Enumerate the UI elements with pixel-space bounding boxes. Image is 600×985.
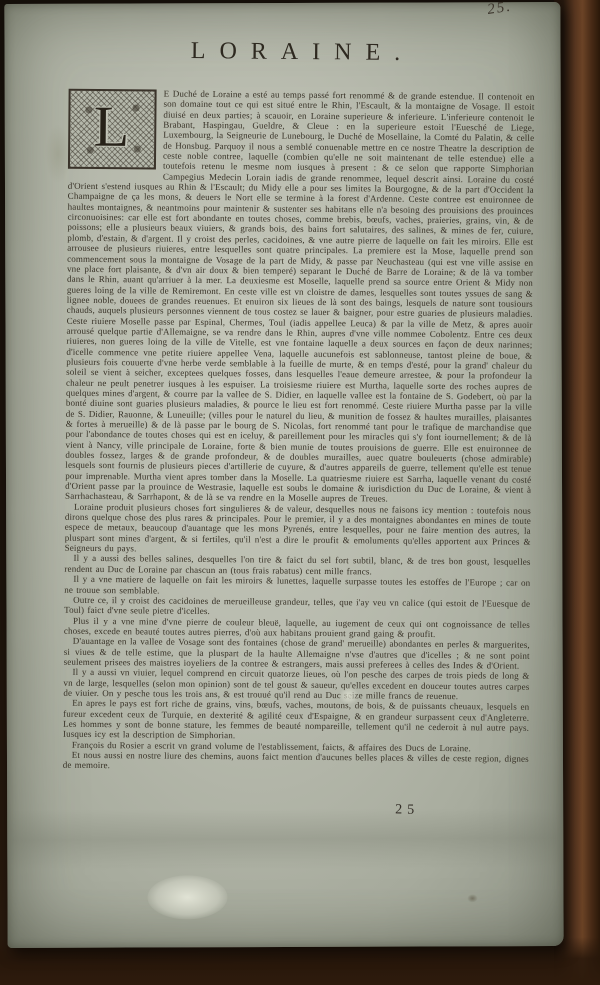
text-block: LE Duché de Loraine a esté au temps pass… xyxy=(63,88,535,775)
paper-speck xyxy=(467,894,477,902)
paragraph-11: Et nous aussi en nostre liure des chemin… xyxy=(63,750,529,775)
page-title: LORAINE. xyxy=(64,37,526,68)
paragraph-7: D'auantage en la vallee de Vosage sont d… xyxy=(64,636,530,671)
page-number: 25 xyxy=(395,802,419,818)
paragraph-1: LE Duché de Loraine a esté au temps pass… xyxy=(65,88,535,506)
paper-tone-band xyxy=(7,808,563,870)
drop-cap-letter: L xyxy=(94,98,130,156)
book-page: 25. LORAINE. LE Duché de Loraine a esté … xyxy=(4,2,563,948)
paper-stain-small xyxy=(339,687,359,705)
book-photo: 25. LORAINE. LE Duché de Loraine a esté … xyxy=(0,0,600,985)
paragraph-9: En apres le pays est fort riche de grain… xyxy=(63,698,529,743)
paper-stain xyxy=(147,875,227,919)
paragraph-8: Il y a aussi vn viuier, lequel comprend … xyxy=(63,667,529,702)
paragraph-2: Loraine produit plusieurs choses fort si… xyxy=(65,501,531,557)
drop-cap-woodcut: L xyxy=(68,89,157,170)
handwritten-folio-number: 25. xyxy=(487,0,514,19)
